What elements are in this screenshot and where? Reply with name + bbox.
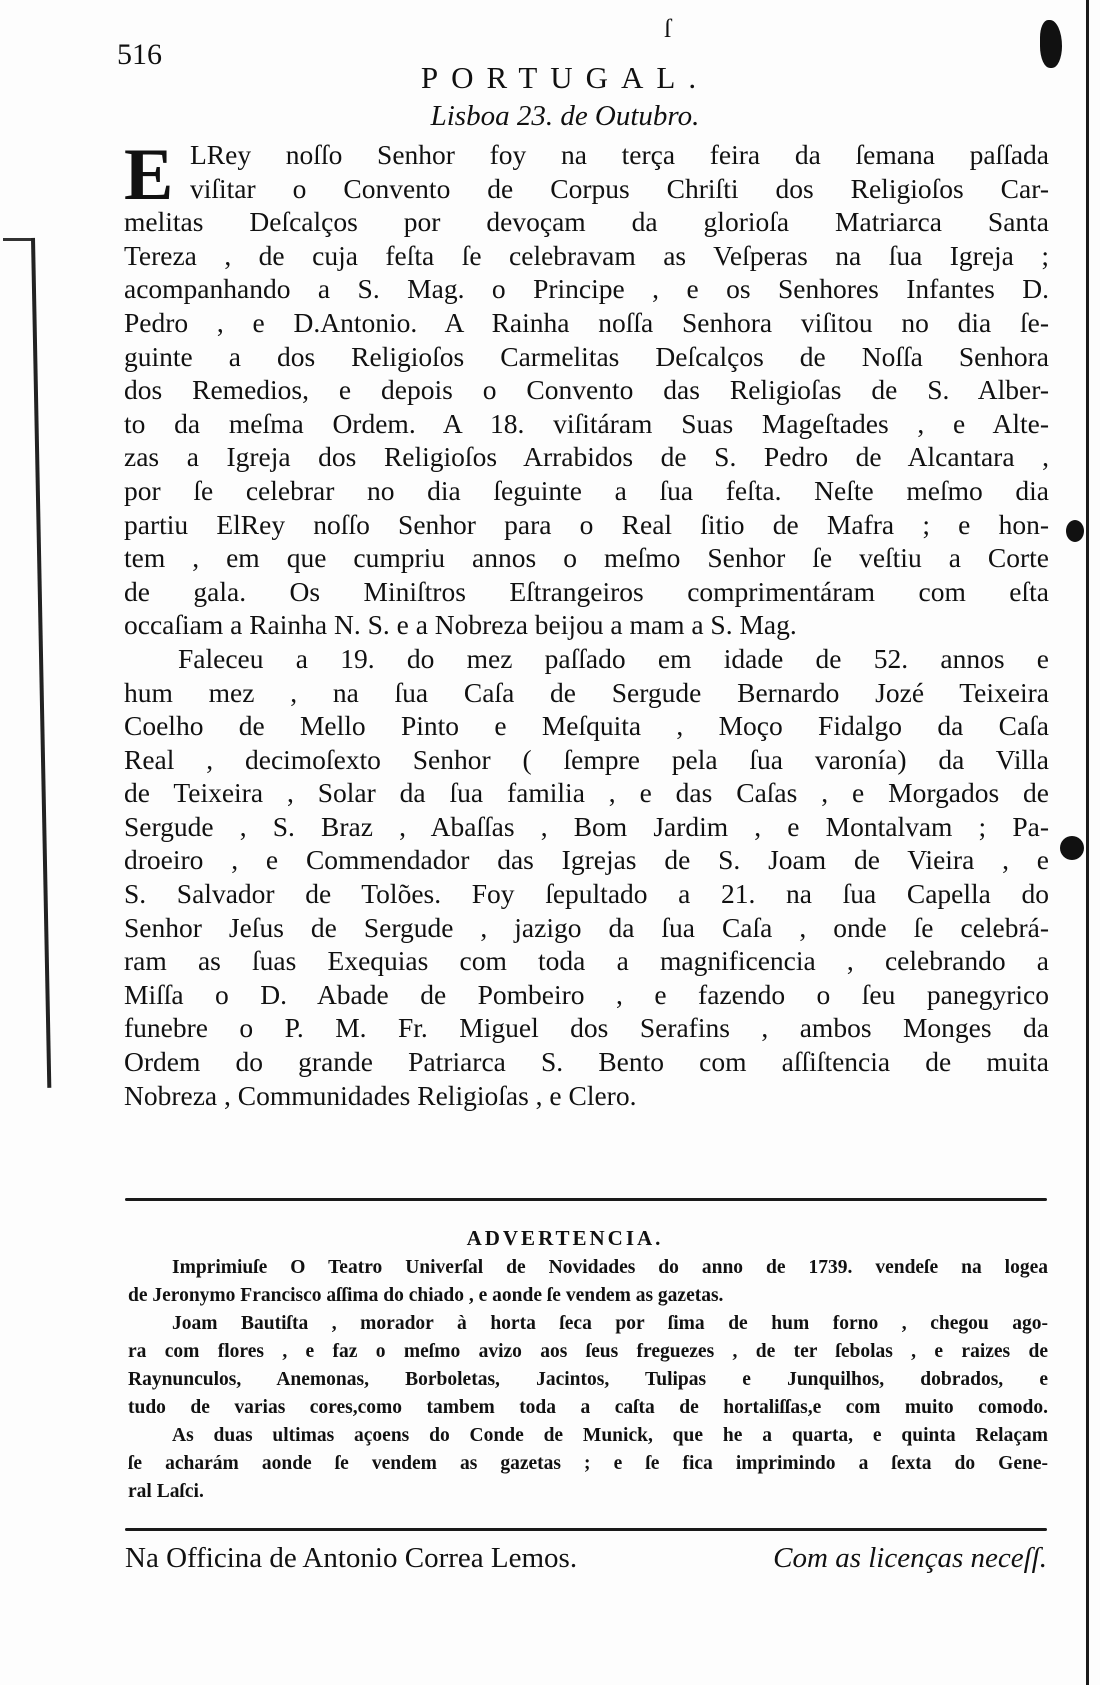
article-line: melitas Deſcalços por devoçam da glorioſ… — [124, 205, 1049, 239]
footer-divider — [125, 1528, 1047, 1531]
imprint: Na Officina de Antonio Correa Lemos. Com… — [125, 1542, 1047, 1575]
right-margin-line — [1086, 0, 1089, 1685]
obituary-line: funebre o P. M. Fr. Miguel dos Serafins … — [124, 1011, 1049, 1045]
obituary-line: hum mez , na ſua Caſa de Sergude Bernard… — [124, 676, 1049, 710]
advertencia-line: Raynunculos, Anemonas, Borboletas, Jacin… — [128, 1366, 1048, 1394]
advertencia-line: ral Laſci. — [128, 1478, 1048, 1506]
article-line: tem , em que cumpriu annos o meſmo Senho… — [124, 541, 1049, 575]
advertencia-line: As duas ultimas açoens do Conde de Munic… — [128, 1422, 1048, 1450]
obituary-line: Real , decimoſexto Senhor ( ſempre pela … — [124, 743, 1049, 777]
obituary-line: Coelho de Mello Pinto e Meſquita , Moço … — [124, 709, 1049, 743]
article-body: LRey noſſo Senhor foy na terça feira da … — [124, 138, 1049, 1112]
left-margin-line — [31, 238, 51, 1088]
article-line: dos Remedios, e depois o Convento das Re… — [124, 373, 1049, 407]
obituary-line: S. Salvador de Tolões. Foy ſepultado a 2… — [124, 877, 1049, 911]
obituary-line: Nobreza , Communidades Religioſas , e Cl… — [124, 1079, 1049, 1113]
newspaper-page: 516 ſ PORTUGAL. Lisboa 23. de Outubro. E… — [0, 0, 1100, 1685]
article-line: de gala. Os Miniſtros Eſtrangeiros compr… — [124, 575, 1049, 609]
obituary-line: Faleceu a 19. do mez paſſado em idade de… — [124, 642, 1049, 676]
section-divider — [125, 1198, 1047, 1201]
article-line: acompanhando a S. Mag. o Principe , e os… — [124, 272, 1049, 306]
article-line: Pedro , e D.Antonio. A Rainha noſſa Senh… — [124, 306, 1049, 340]
printer-name: Na Officina de Antonio Correa Lemos. — [125, 1542, 577, 1575]
article-line: occaſiam a Rainha N. S. e a Nobreza beij… — [124, 608, 1049, 642]
article-line: Tereza , de cuja feſta ſe celebravam as … — [124, 239, 1049, 273]
article-line: viſitar o Convento de Corpus Chriſti dos… — [124, 172, 1049, 206]
article-line: guinte a dos Religioſos Carmelitas Deſca… — [124, 340, 1049, 374]
advertencia-title: ADVERTENCIA. — [0, 1226, 1100, 1251]
ink-blot — [1066, 520, 1084, 542]
article-line: to da meſma Ordem. A 18. viſitáram Suas … — [124, 407, 1049, 441]
ink-blot — [1060, 836, 1084, 860]
advertencia-line: ra com flores , e faz o meſmo avizo aos … — [128, 1338, 1048, 1366]
advertencia-line: tudo de varias cores,como tambem toda a … — [128, 1394, 1048, 1422]
article-line: zas a Igreja dos Religioſos Arrabidos de… — [124, 440, 1049, 474]
obituary-line: droeiro , e Commendador das Igrejas de S… — [124, 843, 1049, 877]
country-heading: PORTUGAL. — [0, 60, 1100, 96]
obituary-line: Miſſa o D. Abade de Pombeiro , e fazendo… — [124, 978, 1049, 1012]
article-line: LRey noſſo Senhor foy na terça feira da … — [124, 138, 1049, 172]
advertencia-line: Joam Bautiſta , morador à horta ſeca por… — [128, 1310, 1048, 1338]
left-margin-mark — [3, 238, 33, 241]
advertencia-body: Imprimiuſe O Teatro Univerſal de Novidad… — [128, 1254, 1048, 1506]
obituary-line: Senhor Jeſus de Sergude , jazigo da ſua … — [124, 911, 1049, 945]
advertencia-line: de Jeronymo Francisco aſſima do chiado ,… — [128, 1282, 1048, 1310]
dateline: Lisboa 23. de Outubro. — [0, 100, 1100, 133]
advertencia-line: ſe acharám aonde ſe vendem as gazetas ; … — [128, 1450, 1048, 1478]
obituary-line: ram as ſuas Exequias com toda a magnific… — [124, 944, 1049, 978]
article-line: partiu ElRey noſſo Senhor para o Real ſi… — [124, 508, 1049, 542]
advertencia-line: Imprimiuſe O Teatro Univerſal de Novidad… — [128, 1254, 1048, 1282]
obituary-line: Sergude , S. Braz , Abaſſas , Bom Jardim… — [124, 810, 1049, 844]
obituary-line: de Teixeira , Solar da ſua familia , e d… — [124, 776, 1049, 810]
license-note: Com as licenças neceſſ. — [773, 1542, 1047, 1575]
top-mark: ſ — [664, 14, 671, 44]
article-line: por ſe celebrar no dia ſeguinte a ſua fe… — [124, 474, 1049, 508]
obituary-line: Ordem do grande Patriarca S. Bento com a… — [124, 1045, 1049, 1079]
